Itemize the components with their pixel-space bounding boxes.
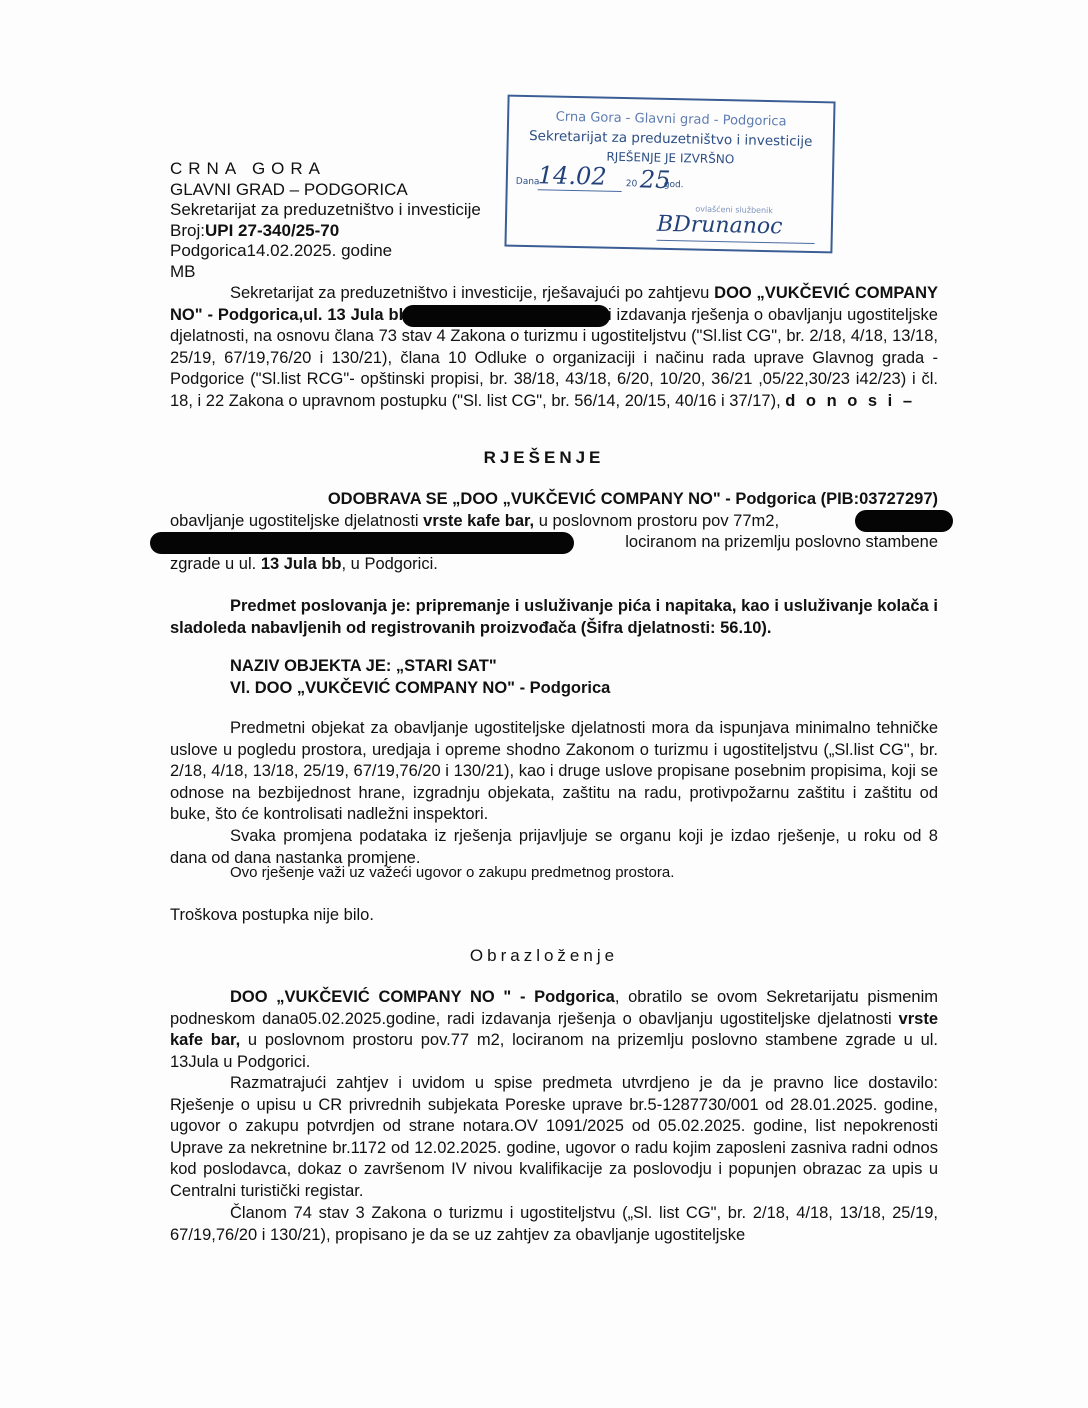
secretariat-name: Sekretarijat za preduzetništvo i investi… (170, 200, 481, 221)
redaction-bar (150, 532, 574, 554)
stamp-signature: BDrunanoc (657, 212, 783, 240)
reasoning-paragraph-3: Članom 74 stav 3 Zakona o turizmu i ugos… (170, 1203, 938, 1246)
stamp-handwritten-date: 14.02 (538, 161, 607, 190)
stamp-signature-line (657, 240, 815, 244)
costs-paragraph: Troškova postupka nije bilo. (170, 905, 938, 927)
decision-street: 13 Jula bb (261, 555, 342, 573)
business-code: (Šifra djelatnosti: 56.10). (581, 619, 772, 637)
case-number: Broj:UPI 27-340/25-70 (170, 221, 481, 242)
city-name: GLAVNI GRAD – PODGORICA (170, 180, 481, 201)
reasoning-paragraph-1: DOO „VUKČEVIĆ COMPANY NO " - Podgorica, … (170, 987, 938, 1073)
object-name-text: NAZIV OBJEKTA JE: „STARI SAT" (230, 657, 497, 675)
object-owner-text: Vl. DOO „VUKČEVIĆ COMPANY NO" - Podgoric… (230, 679, 610, 697)
change-notice-text: Svaka promjena podataka iz rješenja prij… (170, 827, 938, 867)
object-info: NAZIV OBJEKTA JE: „STARI SAT" Vl. DOO „V… (170, 656, 938, 699)
lease-validity-paragraph: Ovo rješenje važi uz važeći ugovor o zak… (170, 862, 938, 884)
reasoning-law-text: Članom 74 stav 3 Zakona o turizmu i ugos… (170, 1204, 938, 1244)
business-paragraph: Predmet poslovanja je: pripremanje i usl… (170, 596, 938, 639)
decision-line-4-c: , u Podgorici. (342, 555, 438, 573)
decision-line-2-a: obavljanje ugostiteljske djelatnosti (170, 512, 423, 530)
intro-text-a: Sekretarijat za preduzetništvo i investi… (230, 284, 714, 302)
reasoning-company: DOO „VUKČEVIĆ COMPANY NO " - Podgorica (230, 988, 615, 1006)
reasoning-documents-text: Razmatrajući zahtjev i uvidom u spise pr… (170, 1074, 938, 1200)
stamp-dana-label: Dana (516, 177, 540, 187)
lease-validity-text: Ovo rješenje važi uz važeći ugovor o zak… (230, 864, 674, 881)
intro-donosi: d o n o s i – (785, 392, 915, 410)
letterhead: CRNA GORA GLAVNI GRAD – PODGORICA Sekret… (170, 159, 481, 282)
decision-line-2: obavljanje ugostiteljske djelatnosti vrs… (170, 511, 938, 533)
decision-line-4-a: zgrade u ul. (170, 555, 261, 573)
case-number-value: UPI 27-340/25-70 (205, 221, 339, 240)
enforceability-stamp: Crna Gora - Glavni grad - Podgorica Sekr… (504, 95, 835, 254)
reasoning-text-c: u poslovnom prostoru pov.77 m2, locirano… (170, 1031, 938, 1071)
business-text: Predmet poslovanja je: pripremanje i usl… (170, 597, 938, 637)
redaction-bar (402, 305, 610, 327)
stamp-date-line (538, 189, 622, 192)
decision-approve-text: ODOBRAVA SE „DOO „VUKČEVIĆ COMPANY NO" -… (328, 490, 938, 508)
object-owner: Vl. DOO „VUKČEVIĆ COMPANY NO" - Podgoric… (170, 678, 938, 700)
stamp-god-label: god. (664, 180, 684, 190)
reasoning-paragraph-2: Razmatrajući zahtjev i uvidom u spise pr… (170, 1073, 938, 1203)
decision-line-2-c: u poslovnom prostoru pov 77m2, (534, 512, 779, 530)
stamp-year-prefix: 20 (626, 179, 638, 189)
place-date: Podgorica14.02.2025. godine (170, 241, 481, 262)
reasoning-title: Obrazloženje (0, 946, 1088, 966)
decision-line-4: zgrade u ul. 13 Jula bb, u Podgorici. (170, 554, 938, 576)
conditions-paragraph: Predmetni objekat za obavljanje ugostite… (170, 718, 938, 826)
object-name: NAZIV OBJEKTA JE: „STARI SAT" (170, 656, 938, 678)
decision-title: RJEŠENJE (0, 448, 1088, 468)
initials: MB (170, 262, 481, 283)
document-page: CRNA GORA GLAVNI GRAD – PODGORICA Sekret… (0, 0, 1088, 1408)
decision-approve-line: ODOBRAVA SE „DOO „VUKČEVIĆ COMPANY NO" -… (170, 489, 938, 511)
decision-activity-type: vrste kafe bar, (423, 512, 534, 530)
redaction-bar (855, 510, 953, 532)
stamp-line-1: Crna Gora - Glavni grad - Podgorica (509, 109, 833, 131)
country-name: CRNA GORA (170, 159, 481, 180)
intro-paragraph: Sekretarijat za preduzetništvo i investi… (170, 283, 938, 413)
case-number-label: Broj: (170, 221, 205, 240)
stamp-line-2: Sekretarijat za preduzetništvo i investi… (509, 128, 833, 151)
conditions-text: Predmetni objekat za obavljanje ugostite… (170, 719, 938, 823)
